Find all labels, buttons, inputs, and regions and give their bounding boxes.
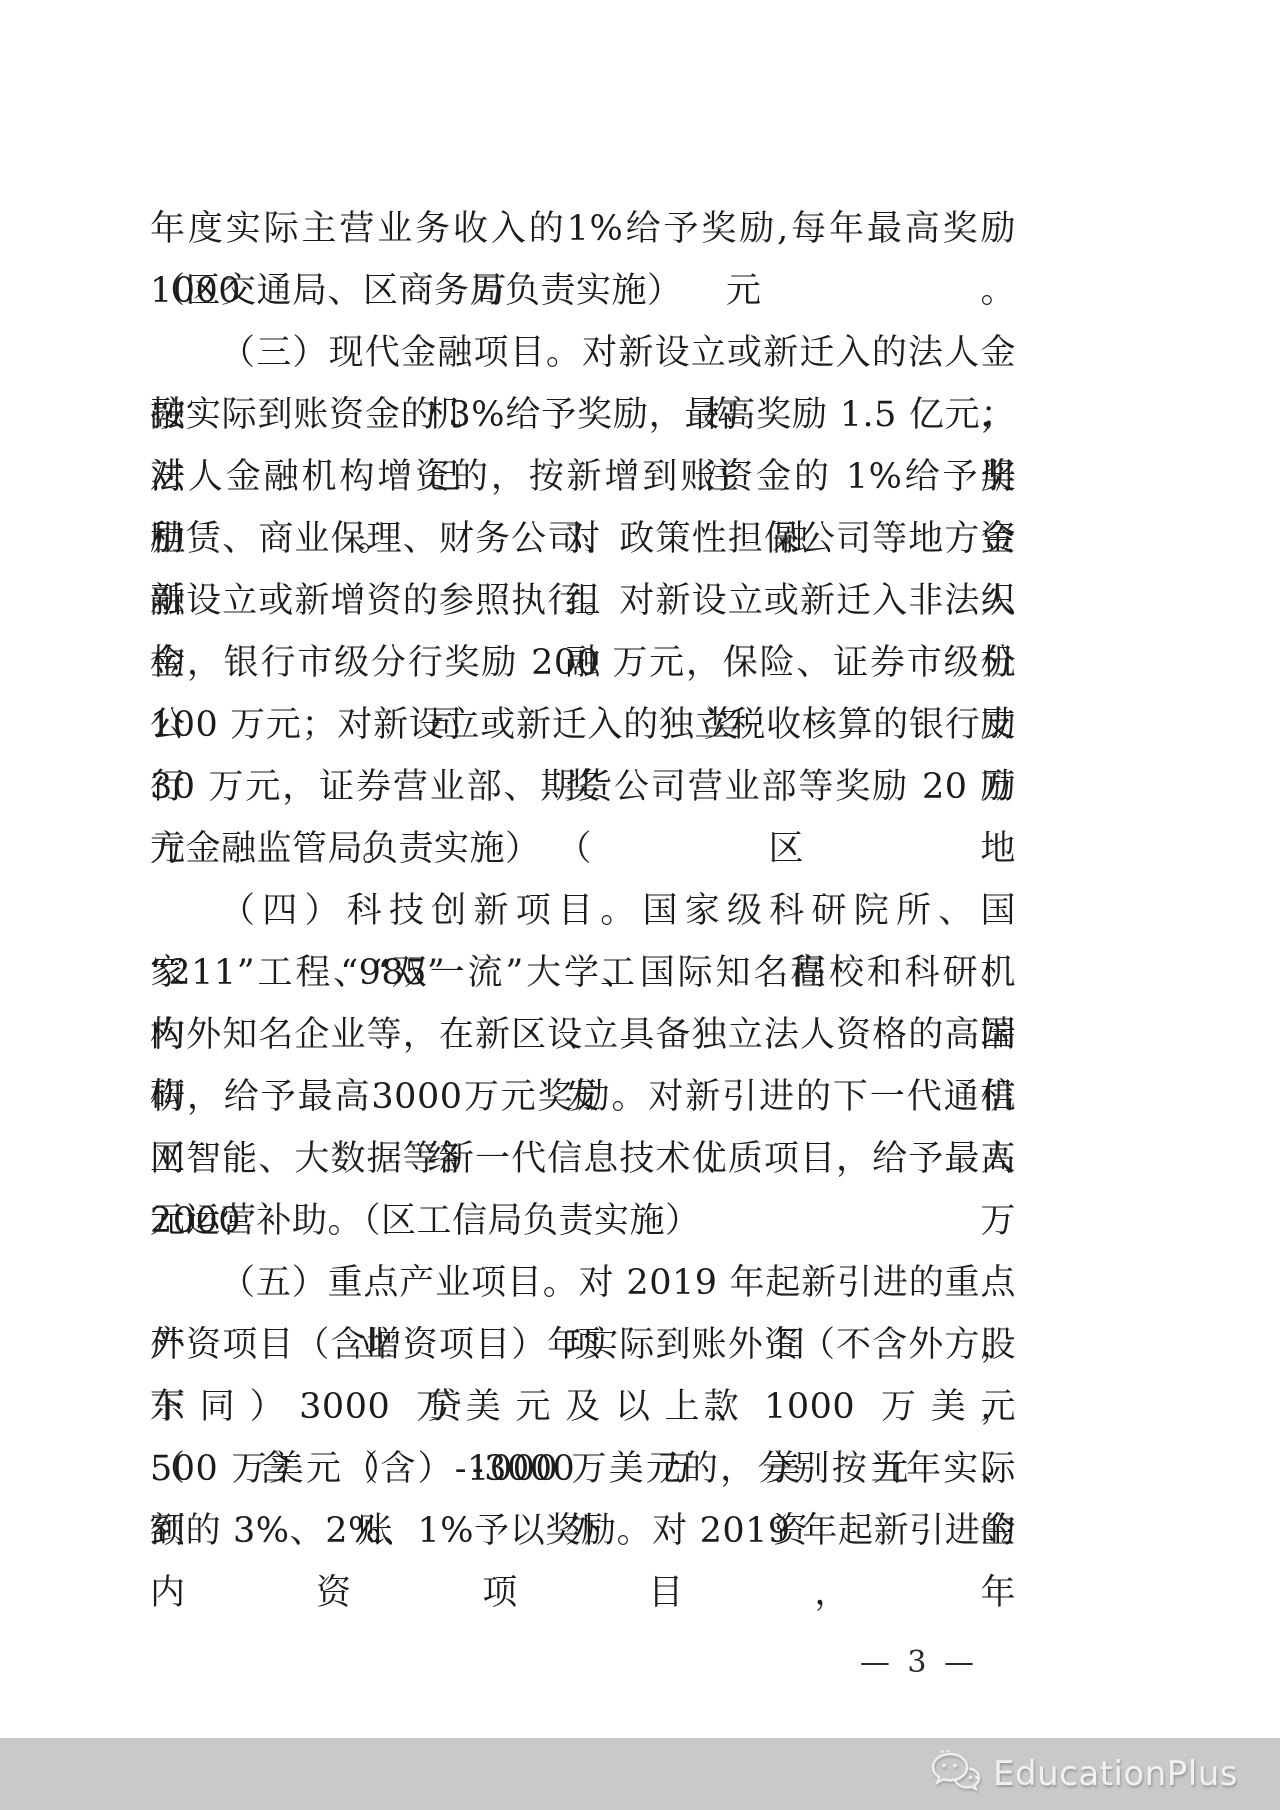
document-line: 年度实际主营业务收入的1%给予奖励,每年最高奖励 1000 万元。 [150,198,1016,260]
document-line: 新设立或新增资的参照执行。对新设立或新迁入非法人金融机 [150,570,1016,632]
footer-watermark-bar: EducationPlus [0,1738,1280,1810]
document-line: 500 万美元（含）-1000 万美元的，分别按当年实际到账外资金 [150,1438,1016,1500]
document-line: 构，银行市级分行奖励 200 万元，保险、证券市级分公司奖励 [150,632,1016,694]
document-line: “211”工程、“双一流”大学、国际知名高校和科研机构、国 [150,942,1016,1004]
brand-text: EducationPlus [993,1754,1238,1794]
document-line: （四）科技创新项目。国家级科研院所、国家“985”工程、 [150,880,1016,942]
document-line: 100 万元；对新设立或新迁入的独立税收核算的银行支行奖励 [150,694,1016,756]
document-line: 外资项目（含增资项目）年实际到账外资（不含外方股东贷款， [150,1314,1016,1376]
document-line: （三）现代金融项目。对新设立或新迁入的法人金融机构， [150,322,1016,384]
document-line: 工智能、大数据等新一代信息技术优质项目，给予最高2000万 [150,1128,1016,1190]
document-page: 年度实际主营业务收入的1%给予奖励,每年最高奖励 1000 万元。 （区交通局、… [0,0,1280,1810]
document-line: 下同）3000 万美元及以上、1000 万美元（含）-3000 万美元、 [150,1376,1016,1438]
document-line: 构，给予最高3000万元奖励。对新引进的下一代通信网络、人 [150,1066,1016,1128]
document-body: 年度实际主营业务收入的1%给予奖励,每年最高奖励 1000 万元。 （区交通局、… [150,198,1016,1562]
document-line: （五）重点产业项目。对 2019 年起新引进的重点产业项目， [150,1252,1016,1314]
chat-bubbles-icon [929,1750,983,1798]
page-number: — 3 — [150,1645,1016,1680]
document-line: 额的 3%、2%、1%予以奖励。对 2019 年起新引进的内资项目，年 [150,1500,1016,1562]
document-line: 租赁、商业保理、财务公司、政策性担保公司等地方金融组织 [150,508,1016,570]
document-line: 30 万元，证券营业部、期货公司营业部等奖励 20 万元。（区地 [150,756,1016,818]
document-line: 法人金融机构增资的，按新增到账资金的 1%给予奖励。对融资 [150,446,1016,508]
document-line: 按实际到账资金的 3%给予奖励，最高奖励 1.5 亿元；对已注册 [150,384,1016,446]
document-line: 内外知名企业等，在新区设立具备独立法人资格的高端研发机 [150,1004,1016,1066]
